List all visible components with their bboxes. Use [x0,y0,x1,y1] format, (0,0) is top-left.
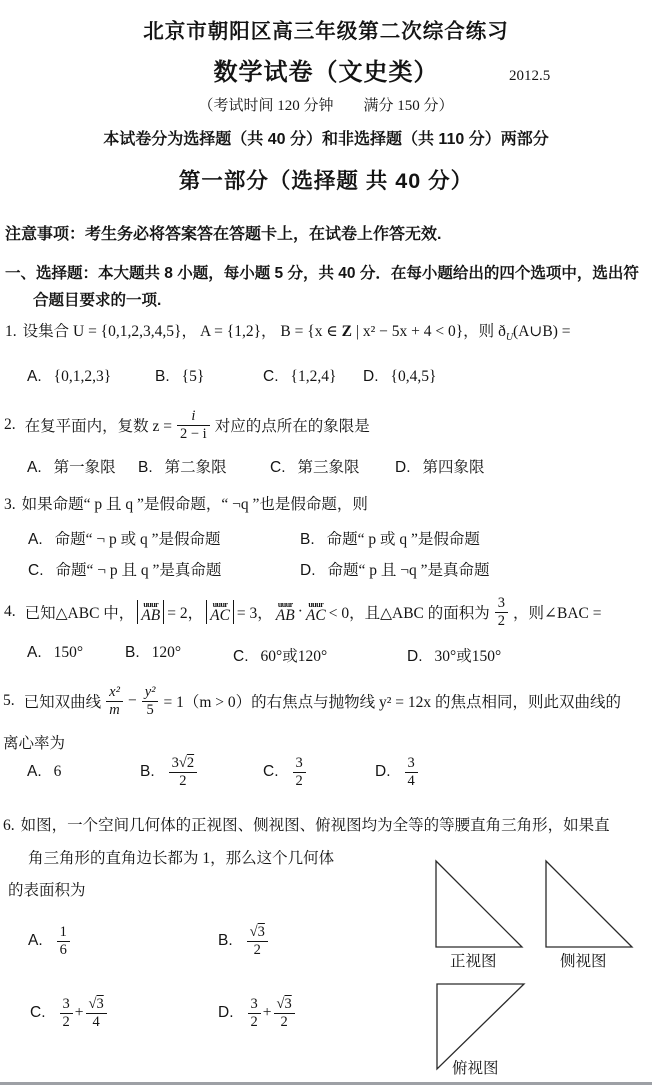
stem-text: 已知双曲线 [24,690,102,712]
option-c: C.{1,2,4} [263,368,336,386]
option-b: B.√32 [218,915,270,967]
fraction: √34 [86,996,107,1030]
side-view-triangle [543,858,635,950]
stem-text: (A∪B) = [513,323,570,340]
stem-text: < 0，且△ABC 的面积为 [329,601,490,623]
option-c: C.32+√34 [30,987,109,1039]
question-number: 6. [3,817,15,834]
vector-ac: uuurAC [306,601,326,624]
section-intro-line2: 合题目要求的一项. [33,288,161,310]
plus-sign: + [263,1004,272,1022]
question-number: 3. [4,496,16,513]
front-view-triangle [433,858,525,950]
stem-text: = 2， [167,601,203,623]
magnitude-vector-ac: uuurAC [206,600,234,625]
question-number: 2. [4,416,16,434]
stem-text: 设集合 U = {0,1,2,3,4,5}， A = {1,2}， B = {x… [23,323,342,340]
option-a: A.第一象限 [27,455,116,477]
option-a: A.6 [27,748,61,796]
stem-text: 已知△ABC 中， [25,601,135,623]
stem-text: 如果命题“ p 且 q ”是假命题，“ ¬q ”也是假命题，则 [22,496,368,513]
option-b: B.命题“ p 或 q ”是假命题 [300,527,480,549]
fraction: x²m [106,684,123,718]
top-view-label: 俯视图 [452,1056,499,1078]
vector-ab: uuurAB [276,601,295,624]
notice: 注意事项：考生务必将答案答在答题卡上，在试卷上作答无效. [5,221,441,244]
option-a: A.16 [28,915,72,967]
question-5-stem: 5. 已知双曲线 x²m − y²5 = 1（m > 0）的右焦点与抛物线 y²… [3,671,621,731]
exam-info: （考试时间 120 分钟 满分 150 分） [0,94,652,115]
option-d: D.第四象限 [395,455,485,477]
stem-text: 对应的点所在的象限是 [215,414,370,436]
fraction: 32 [495,595,508,629]
exam-subtitle: 数学试卷（文史类） [0,52,652,87]
option-d: D.{0,4,5} [363,368,436,386]
fraction: √32 [274,996,295,1030]
minus-sign: − [128,692,137,710]
question-6-stem-line2: 角三角形的直角边长都为 1，那么这个几何体 [28,846,334,868]
question-6-stem-line1: 6.如图，一个空间几何体的正视图、侧视图、俯视图均为全等的等腰直角三角形，如果直 [3,813,610,835]
question-4-stem: 4. 已知△ABC 中， uuurAB = 2， uuurAC = 3， uuu… [4,585,602,639]
option-d: D.命题“ p 且 ¬q ”是真命题 [300,558,490,580]
question-number: 5. [3,692,15,710]
fraction: 3√22 [169,755,197,789]
stem-text: 在复平面内，复数 z = [25,414,172,436]
magnitude-vector-ab: uuurAB [137,600,164,625]
question-3-stem: 3.如果命题“ p 且 q ”是假命题，“ ¬q ”也是假命题，则 [4,492,368,514]
section-intro-line1: 一、选择题：本大题共 8 小题，每小题 5 分，共 40 分．在每小题给出的四个… [5,261,639,283]
stem-text: 如图，一个空间几何体的正视图、侧视图、俯视图均为全等的等腰直角三角形，如果直 [21,817,610,834]
option-d: D.34 [375,748,420,796]
option-a: A.命题“ ¬ p 或 q ”是假命题 [28,527,221,549]
option-c: C.60°或120° [233,644,327,666]
dot-product-symbol: · [298,603,303,621]
option-a: A.{0,1,2,3} [27,368,111,386]
complement-symbol: ðU [498,323,513,340]
part-one-heading: 第一部分（选择题 共 40 分） [0,164,652,195]
exam-paper-page: 北京市朝阳区高三年级第二次综合练习 数学试卷（文史类） 2012.5 （考试时间… [0,0,652,1088]
option-b: B.{5} [155,368,204,386]
question-number: 1. [5,323,17,340]
option-a: A.150° [27,644,83,662]
option-b: B.3√22 [140,748,199,796]
stem-text: = 1（m > 0）的右焦点与抛物线 y² = 12x 的焦点相同，则此双曲线的 [163,690,621,712]
fraction: 32 [60,996,73,1030]
plus-sign: + [75,1004,84,1022]
question-6-stem-line3: 的表面积为 [8,878,86,900]
option-b: B.120° [125,644,181,662]
question-1-stem: 1.设集合 U = {0,1,2,3,4,5}， A = {1,2}， B = … [5,319,571,343]
fraction: √32 [247,924,268,958]
fraction: 32 [293,755,306,789]
exam-structure-note: 本试卷分为选择题（共 40 分）和非选择题（共 110 分）两部分 [0,126,652,149]
front-view-label: 正视图 [450,949,497,971]
stem-text: ，则∠BAC = [513,601,601,623]
exam-date: 2012.5 [509,68,550,85]
exam-title: 北京市朝阳区高三年级第二次综合练习 [0,14,652,44]
fraction: y²5 [142,684,159,718]
option-b: B.第二象限 [138,455,227,477]
fraction: 32 [248,996,261,1030]
option-c: C.第三象限 [270,455,360,477]
fraction: 16 [57,924,70,958]
page-bottom-rule [0,1082,652,1085]
option-c: C.32 [263,748,308,796]
side-view-label: 侧视图 [560,949,607,971]
option-d: D.32+√32 [218,987,297,1039]
stem-text: | x² − 5x + 4 < 0}，则 [352,323,498,340]
fraction: i2 − i [177,408,210,442]
integer-set-symbol: Z [342,323,352,340]
option-c: C.命题“ ¬ p 且 q ”是真命题 [28,558,221,580]
stem-text: = 3， [237,601,273,623]
question-number: 4. [4,603,16,621]
fraction: 34 [405,755,418,789]
option-d: D.30°或150° [407,644,501,666]
question-2-stem: 2. 在复平面内，复数 z = i2 − i 对应的点所在的象限是 [4,400,370,450]
